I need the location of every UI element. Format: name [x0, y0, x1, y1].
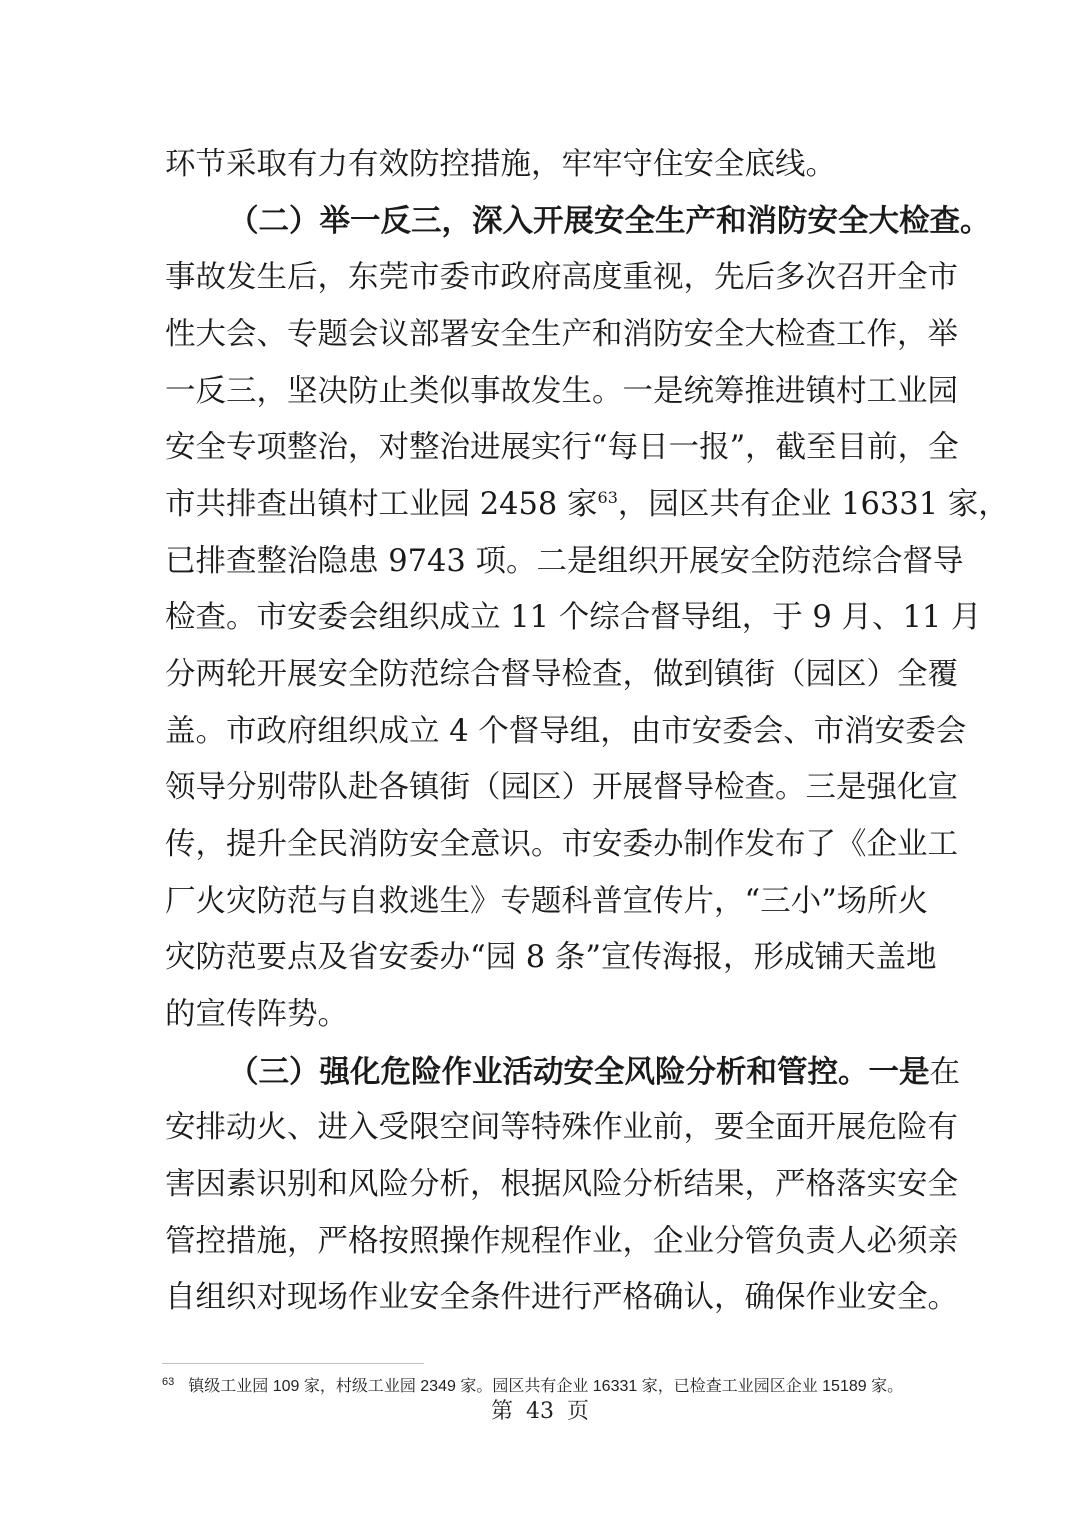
body-line: 分两轮开展安全防范综合督导检查，做到镇街（园区）全覆 — [165, 655, 917, 695]
body-line: 的宣传阵势。 — [165, 995, 917, 1035]
body-line: 害因素识别和风险分析，根据风险分析结果，严格落实安全 — [165, 1165, 917, 1205]
body-line: 一反三，坚决防止类似事故发生。一是统筹推进镇村工业园 — [165, 372, 917, 412]
line-text: ，园区共有企业 16331 家， — [618, 487, 1009, 522]
bold-lead: 一是 — [869, 1054, 930, 1090]
footnote-separator — [162, 1363, 424, 1364]
line-text: 在 — [930, 1055, 961, 1090]
body-line: 事故发生后，东莞市委市政府高度重视，先后多次召开全市 — [165, 258, 917, 298]
body-line: 领导分别带队赴各镇街（园区）开展督导检查。三是强化宣 — [165, 768, 917, 808]
body-line: 盖。市政府组织成立 4 个督导组，由市安委会、市消安委会 — [165, 712, 917, 752]
body-line: 厂火灾防范与自救逃生》专题科普宣传片，“三小”场所火 — [165, 882, 917, 922]
footnote-text: 镇级工业园 109 家，村级工业园 2349 家。园区共有企业 16331 家，… — [188, 1378, 903, 1395]
body-line: 环节采取有力有效防控措施，牢牢守住安全底线。 — [165, 145, 917, 185]
body-line: 检查。市安委会组织成立 11 个综合督导组，于 9 月、11 月 — [165, 598, 917, 638]
body-line: 管控措施，严格按照操作规程作业，企业分管负责人必须亲 — [165, 1222, 917, 1262]
body-line-with-footnote: 市共排查出镇村工业园 2458 家63，园区共有企业 16331 家， — [165, 485, 917, 525]
line-text: 市共排查出镇村工业园 2458 家 — [165, 487, 598, 522]
body-line: 性大会、专题会议部署安全生产和消防安全大检查工作，举 — [165, 315, 917, 355]
body-line: 已排查整治隐患 9743 项。二是组织开展安全防范综合督导 — [165, 542, 917, 582]
section-heading-3: （三）强化危险作业活动安全风险分析和管控。 — [228, 1054, 869, 1090]
body-line: 安全专项整治，对整治进展实行“每日一报”，截至目前，全 — [165, 428, 917, 468]
page-number: 第 43 页 — [0, 1397, 1080, 1427]
footnote-mark: 63 — [162, 1376, 174, 1388]
body-line: 安排动火、进入受限空间等特殊作业前，要全面开展危险有 — [165, 1108, 917, 1148]
footnote: 63镇级工业园 109 家，村级工业园 2349 家。园区共有企业 16331 … — [162, 1376, 922, 1398]
document-page: 环节采取有力有效防控措施，牢牢守住安全底线。 （二）举一反三，深入开展安全生产和… — [0, 0, 1080, 1528]
section-heading-2: （二）举一反三，深入开展安全生产和消防安全大检查。 — [228, 201, 917, 241]
body-line: 自组织对现场作业安全条件进行严格确认，确保作业安全。 — [165, 1278, 917, 1318]
footnote-reference[interactable]: 63 — [598, 488, 618, 507]
body-line: 传，提升全民消防安全意识。市安委办制作发布了《企业工 — [165, 825, 917, 865]
section-heading-3-line: （三）强化危险作业活动安全风险分析和管控。一是在 — [228, 1052, 917, 1092]
body-line: 灾防范要点及省安委办“园 8 条”宣传海报，形成铺天盖地 — [165, 938, 917, 978]
